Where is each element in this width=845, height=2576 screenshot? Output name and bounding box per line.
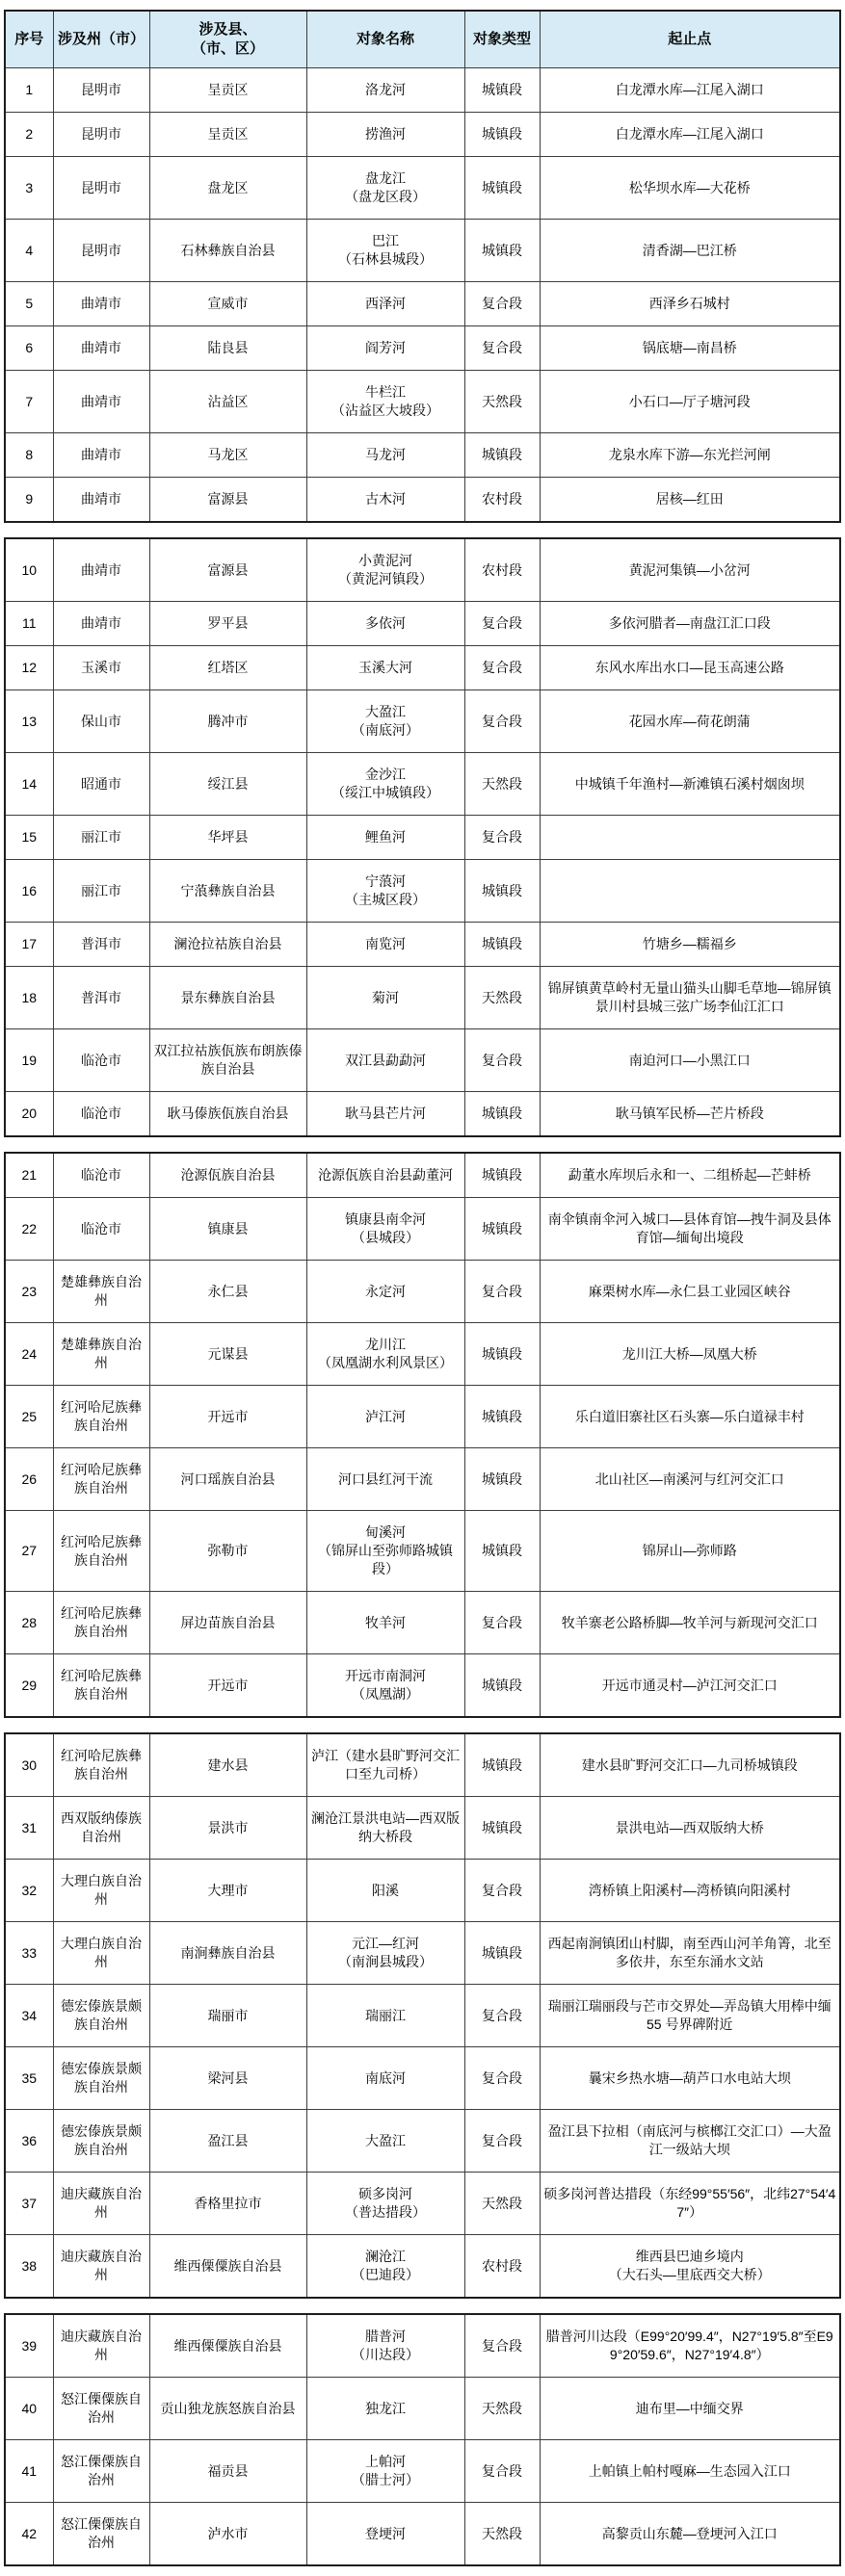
table-row: 38 迪庆藏族自治州 维西傈僳族自治县 澜沧江 （巴迪段） 农村段 维西县巴迪乡… xyxy=(5,2235,840,2299)
cell-county: 香格里拉市 xyxy=(149,2173,306,2235)
cell-extent: 锅底塘—南昌桥 xyxy=(540,326,840,371)
cell-extent: 居核—红田 xyxy=(540,478,840,523)
cell-object-type: 天然段 xyxy=(464,753,540,816)
cell-extent: 龙川江大桥—凤凰大桥 xyxy=(540,1323,840,1386)
cell-prefecture: 曲靖市 xyxy=(53,282,149,326)
cell-object-name: 古木河 xyxy=(306,478,464,523)
cell-county: 富源县 xyxy=(149,538,306,602)
cell-extent: 高黎贡山东麓—登埂河入江口 xyxy=(540,2503,840,2566)
cell-prefecture: 曲靖市 xyxy=(53,478,149,523)
cell-extent xyxy=(540,816,840,860)
cell-object-type: 复合段 xyxy=(464,2110,540,2173)
cell-county: 景东彝族自治县 xyxy=(149,967,306,1029)
cell-prefecture: 红河哈尼族彝族自治州 xyxy=(53,1511,149,1592)
cell-object-name: 腊普河 （川达段） xyxy=(306,2314,464,2378)
cell-object-name: 马龙河 xyxy=(306,433,464,478)
cell-object-type: 天然段 xyxy=(464,2503,540,2566)
cell-object-type: 复合段 xyxy=(464,282,540,326)
cell-extent: 瑞丽江瑞丽段与芒市交界处—弄岛镇大用棒中缅 55 号界碑附近 xyxy=(540,1985,840,2047)
cell-prefecture: 怒江傈僳族自治州 xyxy=(53,2503,149,2566)
cell-object-type: 复合段 xyxy=(464,690,540,753)
cell-county: 建水县 xyxy=(149,1733,306,1797)
cell-prefecture: 临沧市 xyxy=(53,1092,149,1137)
cell-object-type: 城镇段 xyxy=(464,1797,540,1860)
cell-serial-number: 7 xyxy=(5,371,53,433)
cell-extent: 南迫河口—小黑江口 xyxy=(540,1029,840,1092)
cell-extent: 西起南涧镇团山村脚，南至西山河羊角箐，北至多依井，东至东涌水文站 xyxy=(540,1922,840,1985)
cell-prefecture: 临沧市 xyxy=(53,1153,149,1198)
cell-county: 盈江县 xyxy=(149,2110,306,2173)
cell-serial-number: 31 xyxy=(5,1797,53,1860)
cell-object-name: 独龙江 xyxy=(306,2378,464,2440)
cell-object-type: 复合段 xyxy=(464,646,540,690)
river-table-section-5: 39 迪庆藏族自治州 维西傈僳族自治县 腊普河 （川达段） 复合段 腊普河川达段… xyxy=(4,2313,841,2566)
cell-county: 沧源佤族自治县 xyxy=(149,1153,306,1198)
cell-serial-number: 17 xyxy=(5,923,53,967)
cell-prefecture: 怒江傈僳族自治州 xyxy=(53,2440,149,2503)
cell-object-type: 城镇段 xyxy=(464,1654,540,1718)
table-row: 17 普洱市 澜沧拉祜族自治县 南览河 城镇段 竹塘乡—糯福乡 xyxy=(5,923,840,967)
cell-object-name: 宁蒗河 （主城区段） xyxy=(306,860,464,923)
table-row: 24 楚雄彝族自治州 元谋县 龙川江 （凤凰湖水利风景区） 城镇段 龙川江大桥—… xyxy=(5,1323,840,1386)
table-row: 6 曲靖市 陆良县 阎芳河 复合段 锅底塘—南昌桥 xyxy=(5,326,840,371)
table-row: 31 西双版纳傣族自治州 景洪市 澜沧江景洪电站—西双版纳大桥段 城镇段 景洪电… xyxy=(5,1797,840,1860)
cell-extent: 建水县旷野河交汇口—九司桥城镇段 xyxy=(540,1733,840,1797)
cell-object-name: 菊河 xyxy=(306,967,464,1029)
cell-prefecture: 大理白族自治州 xyxy=(53,1860,149,1922)
cell-object-name: 开远市南洞河 （凤凰湖） xyxy=(306,1654,464,1718)
cell-serial-number: 26 xyxy=(5,1448,53,1511)
cell-object-name: 元江—红河 （南涧县城段） xyxy=(306,1922,464,1985)
cell-serial-number: 28 xyxy=(5,1592,53,1654)
cell-extent: 松华坝水库—大花桥 xyxy=(540,157,840,220)
cell-object-name: 阳溪 xyxy=(306,1860,464,1922)
river-sections-page: 序号 涉及州（市） 涉及县、 （市、区） 对象名称 对象类型 起止点 1 昆明市… xyxy=(0,0,845,2576)
cell-extent: 南伞镇南伞河入城口—县体育馆—拽牛洞及县体育馆—缅甸出境段 xyxy=(540,1198,840,1261)
cell-county: 澜沧拉祜族自治县 xyxy=(149,923,306,967)
table-row: 19 临沧市 双江拉祜族佤族布朗族傣族自治县 双江县勐勐河 复合段 南迫河口—小… xyxy=(5,1029,840,1092)
cell-serial-number: 32 xyxy=(5,1860,53,1922)
cell-object-type: 复合段 xyxy=(464,1261,540,1323)
col-header-county: 涉及县、 （市、区） xyxy=(149,11,306,68)
col-header-object-name: 对象名称 xyxy=(306,11,464,68)
cell-serial-number: 21 xyxy=(5,1153,53,1198)
cell-county: 华坪县 xyxy=(149,816,306,860)
cell-object-type: 城镇段 xyxy=(464,1092,540,1137)
table-row: 2 昆明市 呈贡区 捞渔河 城镇段 白龙潭水库—江尾入湖口 xyxy=(5,113,840,157)
cell-prefecture: 昭通市 xyxy=(53,753,149,816)
cell-prefecture: 曲靖市 xyxy=(53,602,149,646)
cell-serial-number: 25 xyxy=(5,1386,53,1448)
cell-object-type: 城镇段 xyxy=(464,1733,540,1797)
cell-object-type: 城镇段 xyxy=(464,68,540,113)
cell-serial-number: 3 xyxy=(5,157,53,220)
cell-prefecture: 曲靖市 xyxy=(53,371,149,433)
cell-object-type: 城镇段 xyxy=(464,1511,540,1592)
cell-county: 弥勒市 xyxy=(149,1511,306,1592)
cell-serial-number: 20 xyxy=(5,1092,53,1137)
cell-county: 贡山独龙族怒族自治县 xyxy=(149,2378,306,2440)
cell-object-type: 天然段 xyxy=(464,2173,540,2235)
cell-prefecture: 红河哈尼族彝族自治州 xyxy=(53,1592,149,1654)
cell-county: 开远市 xyxy=(149,1386,306,1448)
cell-object-type: 城镇段 xyxy=(464,220,540,282)
cell-object-type: 城镇段 xyxy=(464,113,540,157)
cell-object-name: 小黄泥河 （黄泥河镇段） xyxy=(306,538,464,602)
table-row: 11 曲靖市 罗平县 多依河 复合段 多依河腊者—南盘江汇口段 xyxy=(5,602,840,646)
cell-county: 双江拉祜族佤族布朗族傣族自治县 xyxy=(149,1029,306,1092)
cell-county: 盘龙区 xyxy=(149,157,306,220)
cell-extent: 北山社区—南溪河与红河交汇口 xyxy=(540,1448,840,1511)
col-header-object-type: 对象类型 xyxy=(464,11,540,68)
cell-prefecture: 普洱市 xyxy=(53,923,149,967)
cell-county: 石林彝族自治县 xyxy=(149,220,306,282)
cell-county: 沾益区 xyxy=(149,371,306,433)
cell-object-name: 金沙江 （绥江中城镇段） xyxy=(306,753,464,816)
cell-serial-number: 4 xyxy=(5,220,53,282)
table-row: 33 大理白族自治州 南涧彝族自治县 元江—红河 （南涧县城段） 城镇段 西起南… xyxy=(5,1922,840,1985)
cell-extent: 东风水库出水口—昆玉高速公路 xyxy=(540,646,840,690)
river-table-section-1: 序号 涉及州（市） 涉及县、 （市、区） 对象名称 对象类型 起止点 1 昆明市… xyxy=(4,10,841,523)
cell-county: 宣威市 xyxy=(149,282,306,326)
cell-object-name: 登埂河 xyxy=(306,2503,464,2566)
cell-serial-number: 35 xyxy=(5,2047,53,2110)
table-row: 34 德宏傣族景颇族自治州 瑞丽市 瑞丽江 复合段 瑞丽江瑞丽段与芒市交界处—弄… xyxy=(5,1985,840,2047)
cell-extent: 乐白道旧寨社区石头寨—乐白道禄丰村 xyxy=(540,1386,840,1448)
cell-prefecture: 红河哈尼族彝族自治州 xyxy=(53,1448,149,1511)
cell-object-type: 复合段 xyxy=(464,2314,540,2378)
cell-prefecture: 曲靖市 xyxy=(53,433,149,478)
cell-prefecture: 临沧市 xyxy=(53,1029,149,1092)
cell-extent: 小石口—厅子塘河段 xyxy=(540,371,840,433)
cell-extent: 维西县巴迪乡境内 （大石头—里底西交大桥） xyxy=(540,2235,840,2299)
cell-serial-number: 29 xyxy=(5,1654,53,1718)
cell-prefecture: 迪庆藏族自治州 xyxy=(53,2173,149,2235)
river-table-section-3: 21 临沧市 沧源佤族自治县 沧源佤族自治县勐董河 城镇段 勐董水库坝后永和一、… xyxy=(4,1152,841,1718)
cell-object-name: 鲤鱼河 xyxy=(306,816,464,860)
cell-extent: 西泽乡石城村 xyxy=(540,282,840,326)
cell-prefecture: 丽江市 xyxy=(53,860,149,923)
cell-object-name: 多依河 xyxy=(306,602,464,646)
table-row: 21 临沧市 沧源佤族自治县 沧源佤族自治县勐董河 城镇段 勐董水库坝后永和一、… xyxy=(5,1153,840,1198)
table-row: 29 红河哈尼族彝族自治州 开远市 开远市南洞河 （凤凰湖） 城镇段 开远市通灵… xyxy=(5,1654,840,1718)
cell-county: 耿马傣族佤族自治县 xyxy=(149,1092,306,1137)
cell-object-name: 沧源佤族自治县勐董河 xyxy=(306,1153,464,1198)
cell-prefecture: 昆明市 xyxy=(53,113,149,157)
cell-object-name: 西泽河 xyxy=(306,282,464,326)
cell-object-name: 河口县红河干流 xyxy=(306,1448,464,1511)
cell-county: 屏边苗族自治县 xyxy=(149,1592,306,1654)
cell-prefecture: 曲靖市 xyxy=(53,538,149,602)
cell-object-type: 城镇段 xyxy=(464,433,540,478)
cell-serial-number: 6 xyxy=(5,326,53,371)
header-row: 序号 涉及州（市） 涉及县、 （市、区） 对象名称 对象类型 起止点 xyxy=(5,11,840,68)
cell-serial-number: 40 xyxy=(5,2378,53,2440)
cell-extent: 景洪电站—西双版纳大桥 xyxy=(540,1797,840,1860)
table-row: 35 德宏傣族景颇族自治州 梁河县 南底河 复合段 曩宋乡热水塘—葫芦口水电站大… xyxy=(5,2047,840,2110)
cell-serial-number: 30 xyxy=(5,1733,53,1797)
cell-extent: 勐董水库坝后永和一、二组桥起—芒蚌桥 xyxy=(540,1153,840,1198)
table-row: 26 红河哈尼族彝族自治州 河口瑶族自治县 河口县红河干流 城镇段 北山社区—南… xyxy=(5,1448,840,1511)
cell-object-name: 巴江 （石林县城段） xyxy=(306,220,464,282)
cell-extent: 花园水库—荷花朗蒲 xyxy=(540,690,840,753)
cell-extent: 白龙潭水库—江尾入湖口 xyxy=(540,68,840,113)
cell-county: 梁河县 xyxy=(149,2047,306,2110)
cell-serial-number: 27 xyxy=(5,1511,53,1592)
cell-extent: 锦屏山—弥师路 xyxy=(540,1511,840,1592)
cell-serial-number: 11 xyxy=(5,602,53,646)
cell-object-name: 甸溪河 （锦屏山至弥师路城镇段） xyxy=(306,1511,464,1592)
cell-prefecture: 楚雄彝族自治州 xyxy=(53,1323,149,1386)
table-row: 37 迪庆藏族自治州 香格里拉市 硕多岗河 （普达措段） 天然段 硕多岗河普达措… xyxy=(5,2173,840,2235)
cell-extent: 腊普河川达段（E99°20′99.4″，N27°19′5.8″至E99°20′5… xyxy=(540,2314,840,2378)
cell-object-name: 玉溪大河 xyxy=(306,646,464,690)
cell-serial-number: 36 xyxy=(5,2110,53,2173)
cell-county: 呈贡区 xyxy=(149,68,306,113)
cell-extent: 竹塘乡—糯福乡 xyxy=(540,923,840,967)
cell-serial-number: 5 xyxy=(5,282,53,326)
cell-object-name: 南览河 xyxy=(306,923,464,967)
table-row: 27 红河哈尼族彝族自治州 弥勒市 甸溪河 （锦屏山至弥师路城镇段） 城镇段 锦… xyxy=(5,1511,840,1592)
cell-object-name: 捞渔河 xyxy=(306,113,464,157)
cell-serial-number: 23 xyxy=(5,1261,53,1323)
table-row: 3 昆明市 盘龙区 盘龙江 （盘龙区段） 城镇段 松华坝水库—大花桥 xyxy=(5,157,840,220)
cell-object-name: 洛龙河 xyxy=(306,68,464,113)
cell-object-type: 复合段 xyxy=(464,2047,540,2110)
cell-object-type: 城镇段 xyxy=(464,1198,540,1261)
cell-object-name: 牧羊河 xyxy=(306,1592,464,1654)
cell-extent: 盈江县下拉相（南底河与槟榔江交汇口）—大盈江一级站大坝 xyxy=(540,2110,840,2173)
cell-object-type: 天然段 xyxy=(464,371,540,433)
cell-object-type: 城镇段 xyxy=(464,1922,540,1985)
cell-county: 绥江县 xyxy=(149,753,306,816)
cell-serial-number: 12 xyxy=(5,646,53,690)
table-row: 9 曲靖市 富源县 古木河 农村段 居核—红田 xyxy=(5,478,840,523)
cell-county: 呈贡区 xyxy=(149,113,306,157)
cell-extent: 龙泉水库下游—东光拦河闸 xyxy=(540,433,840,478)
cell-serial-number: 15 xyxy=(5,816,53,860)
cell-serial-number: 22 xyxy=(5,1198,53,1261)
cell-extent: 牧羊寨老公路桥脚—牧羊河与新现河交汇口 xyxy=(540,1592,840,1654)
cell-serial-number: 19 xyxy=(5,1029,53,1092)
table-row: 39 迪庆藏族自治州 维西傈僳族自治县 腊普河 （川达段） 复合段 腊普河川达段… xyxy=(5,2314,840,2378)
table-row: 10 曲靖市 富源县 小黄泥河 （黄泥河镇段） 农村段 黄泥河集镇—小岔河 xyxy=(5,538,840,602)
cell-object-type: 农村段 xyxy=(464,538,540,602)
cell-county: 泸水市 xyxy=(149,2503,306,2566)
table-row: 12 玉溪市 红塔区 玉溪大河 复合段 东风水库出水口—昆玉高速公路 xyxy=(5,646,840,690)
cell-serial-number: 34 xyxy=(5,1985,53,2047)
cell-prefecture: 德宏傣族景颇族自治州 xyxy=(53,2047,149,2110)
table-row: 18 普洱市 景东彝族自治县 菊河 天然段 锦屏镇黄草岭村无量山猫头山脚毛草地—… xyxy=(5,967,840,1029)
cell-serial-number: 13 xyxy=(5,690,53,753)
cell-object-type: 农村段 xyxy=(464,2235,540,2299)
cell-extent: 白龙潭水库—江尾入湖口 xyxy=(540,113,840,157)
col-header-extent: 起止点 xyxy=(540,11,840,68)
cell-object-type: 城镇段 xyxy=(464,1386,540,1448)
table-row: 32 大理白族自治州 大理市 阳溪 复合段 湾桥镇上阳溪村—湾桥镇向阳溪村 xyxy=(5,1860,840,1922)
cell-county: 马龙区 xyxy=(149,433,306,478)
cell-object-name: 大盈江 xyxy=(306,2110,464,2173)
table-row: 42 怒江傈僳族自治州 泸水市 登埂河 天然段 高黎贡山东麓—登埂河入江口 xyxy=(5,2503,840,2566)
cell-county: 开远市 xyxy=(149,1654,306,1718)
cell-county: 景洪市 xyxy=(149,1797,306,1860)
cell-county: 红塔区 xyxy=(149,646,306,690)
table-row: 15 丽江市 华坪县 鲤鱼河 复合段 xyxy=(5,816,840,860)
cell-county: 宁蒗彝族自治县 xyxy=(149,860,306,923)
cell-object-type: 复合段 xyxy=(464,1860,540,1922)
cell-object-type: 复合段 xyxy=(464,1985,540,2047)
cell-extent: 上帕镇上帕村嘎麻—生态园入江口 xyxy=(540,2440,840,2503)
cell-object-name: 龙川江 （凤凰湖水利风景区） xyxy=(306,1323,464,1386)
cell-serial-number: 2 xyxy=(5,113,53,157)
cell-serial-number: 42 xyxy=(5,2503,53,2566)
cell-extent: 锦屏镇黄草岭村无量山猫头山脚毛草地—锦屏镇景川村县城三弦广场李仙江汇口 xyxy=(540,967,840,1029)
cell-extent: 麻栗树水库—永仁县工业园区峡谷 xyxy=(540,1261,840,1323)
cell-serial-number: 16 xyxy=(5,860,53,923)
cell-prefecture: 迪庆藏族自治州 xyxy=(53,2314,149,2378)
table-row: 20 临沧市 耿马傣族佤族自治县 耿马县芒片河 城镇段 耿马镇军民桥—芒片桥段 xyxy=(5,1092,840,1137)
river-table-section-2: 10 曲靖市 富源县 小黄泥河 （黄泥河镇段） 农村段 黄泥河集镇—小岔河 11… xyxy=(4,537,841,1137)
table-row: 16 丽江市 宁蒗彝族自治县 宁蒗河 （主城区段） 城镇段 xyxy=(5,860,840,923)
cell-extent: 曩宋乡热水塘—葫芦口水电站大坝 xyxy=(540,2047,840,2110)
cell-object-name: 阎芳河 xyxy=(306,326,464,371)
cell-object-type: 复合段 xyxy=(464,1029,540,1092)
cell-object-name: 硕多岗河 （普达措段） xyxy=(306,2173,464,2235)
cell-county: 维西傈僳族自治县 xyxy=(149,2235,306,2299)
cell-county: 元谋县 xyxy=(149,1323,306,1386)
cell-object-name: 泸江河 xyxy=(306,1386,464,1448)
cell-prefecture: 大理白族自治州 xyxy=(53,1922,149,1985)
cell-object-name: 永定河 xyxy=(306,1261,464,1323)
cell-serial-number: 10 xyxy=(5,538,53,602)
table-row: 41 怒江傈僳族自治州 福贡县 上帕河 （腊士河） 复合段 上帕镇上帕村嘎麻—生… xyxy=(5,2440,840,2503)
cell-prefecture: 西双版纳傣族自治州 xyxy=(53,1797,149,1860)
table-row: 25 红河哈尼族彝族自治州 开远市 泸江河 城镇段 乐白道旧寨社区石头寨—乐白道… xyxy=(5,1386,840,1448)
cell-serial-number: 38 xyxy=(5,2235,53,2299)
cell-serial-number: 1 xyxy=(5,68,53,113)
cell-prefecture: 红河哈尼族彝族自治州 xyxy=(53,1654,149,1718)
cell-extent: 多依河腊者—南盘江汇口段 xyxy=(540,602,840,646)
table-row: 7 曲靖市 沾益区 牛栏江 （沾益区大坡段） 天然段 小石口—厅子塘河段 xyxy=(5,371,840,433)
cell-county: 罗平县 xyxy=(149,602,306,646)
cell-object-name: 南底河 xyxy=(306,2047,464,2110)
cell-object-type: 城镇段 xyxy=(464,1153,540,1198)
cell-object-type: 农村段 xyxy=(464,478,540,523)
cell-extent xyxy=(540,860,840,923)
cell-prefecture: 昆明市 xyxy=(53,68,149,113)
cell-object-name: 耿马县芒片河 xyxy=(306,1092,464,1137)
col-header-prefecture: 涉及州（市） xyxy=(53,11,149,68)
cell-object-name: 大盈江 （南底河） xyxy=(306,690,464,753)
cell-prefecture: 楚雄彝族自治州 xyxy=(53,1261,149,1323)
cell-object-name: 牛栏江 （沾益区大坡段） xyxy=(306,371,464,433)
cell-prefecture: 德宏傣族景颇族自治州 xyxy=(53,2110,149,2173)
table-row: 8 曲靖市 马龙区 马龙河 城镇段 龙泉水库下游—东光拦河闸 xyxy=(5,433,840,478)
cell-prefecture: 曲靖市 xyxy=(53,326,149,371)
cell-object-name: 瑞丽江 xyxy=(306,1985,464,2047)
cell-object-name: 盘龙江 （盘龙区段） xyxy=(306,157,464,220)
table-row: 28 红河哈尼族彝族自治州 屏边苗族自治县 牧羊河 复合段 牧羊寨老公路桥脚—牧… xyxy=(5,1592,840,1654)
cell-county: 富源县 xyxy=(149,478,306,523)
river-table-section-4: 30 红河哈尼族彝族自治州 建水县 泸江（建水县旷野河交汇口至九司桥） 城镇段 … xyxy=(4,1732,841,2299)
cell-prefecture: 红河哈尼族彝族自治州 xyxy=(53,1386,149,1448)
cell-serial-number: 9 xyxy=(5,478,53,523)
cell-county: 大理市 xyxy=(149,1860,306,1922)
cell-county: 南涧彝族自治县 xyxy=(149,1922,306,1985)
cell-serial-number: 24 xyxy=(5,1323,53,1386)
cell-object-type: 城镇段 xyxy=(464,1323,540,1386)
cell-county: 陆良县 xyxy=(149,326,306,371)
cell-county: 腾冲市 xyxy=(149,690,306,753)
col-header-serial-number: 序号 xyxy=(5,11,53,68)
cell-county: 维西傈僳族自治县 xyxy=(149,2314,306,2378)
cell-serial-number: 14 xyxy=(5,753,53,816)
cell-object-type: 城镇段 xyxy=(464,860,540,923)
cell-county: 瑞丽市 xyxy=(149,1985,306,2047)
table-row: 13 保山市 腾冲市 大盈江 （南底河） 复合段 花园水库—荷花朗蒲 xyxy=(5,690,840,753)
cell-serial-number: 33 xyxy=(5,1922,53,1985)
cell-prefecture: 普洱市 xyxy=(53,967,149,1029)
cell-object-name: 双江县勐勐河 xyxy=(306,1029,464,1092)
cell-extent: 开远市通灵村—泸江河交汇口 xyxy=(540,1654,840,1718)
table-row: 5 曲靖市 宣威市 西泽河 复合段 西泽乡石城村 xyxy=(5,282,840,326)
cell-object-type: 复合段 xyxy=(464,816,540,860)
cell-serial-number: 37 xyxy=(5,2173,53,2235)
cell-serial-number: 18 xyxy=(5,967,53,1029)
table-row: 30 红河哈尼族彝族自治州 建水县 泸江（建水县旷野河交汇口至九司桥） 城镇段 … xyxy=(5,1733,840,1797)
cell-extent: 硕多岗河普达措段（东经99°55′56″，北纬27°54′47″） xyxy=(540,2173,840,2235)
cell-prefecture: 保山市 xyxy=(53,690,149,753)
cell-object-type: 天然段 xyxy=(464,967,540,1029)
cell-extent: 迪布里—中缅交界 xyxy=(540,2378,840,2440)
cell-serial-number: 39 xyxy=(5,2314,53,2378)
cell-prefecture: 红河哈尼族彝族自治州 xyxy=(53,1733,149,1797)
cell-object-name: 镇康县南伞河 （县城段） xyxy=(306,1198,464,1261)
table-row: 14 昭通市 绥江县 金沙江 （绥江中城镇段） 天然段 中城镇千年渔村—新滩镇石… xyxy=(5,753,840,816)
cell-extent: 中城镇千年渔村—新滩镇石溪村烟囱坝 xyxy=(540,753,840,816)
cell-object-type: 复合段 xyxy=(464,2440,540,2503)
cell-prefecture: 怒江傈僳族自治州 xyxy=(53,2378,149,2440)
table-row: 36 德宏傣族景颇族自治州 盈江县 大盈江 复合段 盈江县下拉相（南底河与槟榔江… xyxy=(5,2110,840,2173)
cell-object-type: 城镇段 xyxy=(464,1448,540,1511)
cell-county: 福贡县 xyxy=(149,2440,306,2503)
cell-object-name: 泸江（建水县旷野河交汇口至九司桥） xyxy=(306,1733,464,1797)
cell-object-name: 上帕河 （腊士河） xyxy=(306,2440,464,2503)
cell-serial-number: 8 xyxy=(5,433,53,478)
cell-prefecture: 迪庆藏族自治州 xyxy=(53,2235,149,2299)
table-row: 1 昆明市 呈贡区 洛龙河 城镇段 白龙潭水库—江尾入湖口 xyxy=(5,68,840,113)
cell-county: 镇康县 xyxy=(149,1198,306,1261)
table-row: 23 楚雄彝族自治州 永仁县 永定河 复合段 麻栗树水库—永仁县工业园区峡谷 xyxy=(5,1261,840,1323)
cell-extent: 湾桥镇上阳溪村—湾桥镇向阳溪村 xyxy=(540,1860,840,1922)
cell-serial-number: 41 xyxy=(5,2440,53,2503)
cell-object-type: 复合段 xyxy=(464,1592,540,1654)
table-row: 22 临沧市 镇康县 镇康县南伞河 （县城段） 城镇段 南伞镇南伞河入城口—县体… xyxy=(5,1198,840,1261)
cell-county: 河口瑶族自治县 xyxy=(149,1448,306,1511)
cell-prefecture: 玉溪市 xyxy=(53,646,149,690)
cell-prefecture: 临沧市 xyxy=(53,1198,149,1261)
cell-object-type: 天然段 xyxy=(464,2378,540,2440)
table-row: 40 怒江傈僳族自治州 贡山独龙族怒族自治县 独龙江 天然段 迪布里—中缅交界 xyxy=(5,2378,840,2440)
cell-prefecture: 丽江市 xyxy=(53,816,149,860)
cell-extent: 黄泥河集镇—小岔河 xyxy=(540,538,840,602)
cell-object-name: 澜沧江景洪电站—西双版纳大桥段 xyxy=(306,1797,464,1860)
table-row: 4 昆明市 石林彝族自治县 巴江 （石林县城段） 城镇段 清香湖—巴江桥 xyxy=(5,220,840,282)
cell-object-type: 城镇段 xyxy=(464,923,540,967)
cell-extent: 清香湖—巴江桥 xyxy=(540,220,840,282)
cell-extent: 耿马镇军民桥—芒片桥段 xyxy=(540,1092,840,1137)
cell-prefecture: 德宏傣族景颇族自治州 xyxy=(53,1985,149,2047)
